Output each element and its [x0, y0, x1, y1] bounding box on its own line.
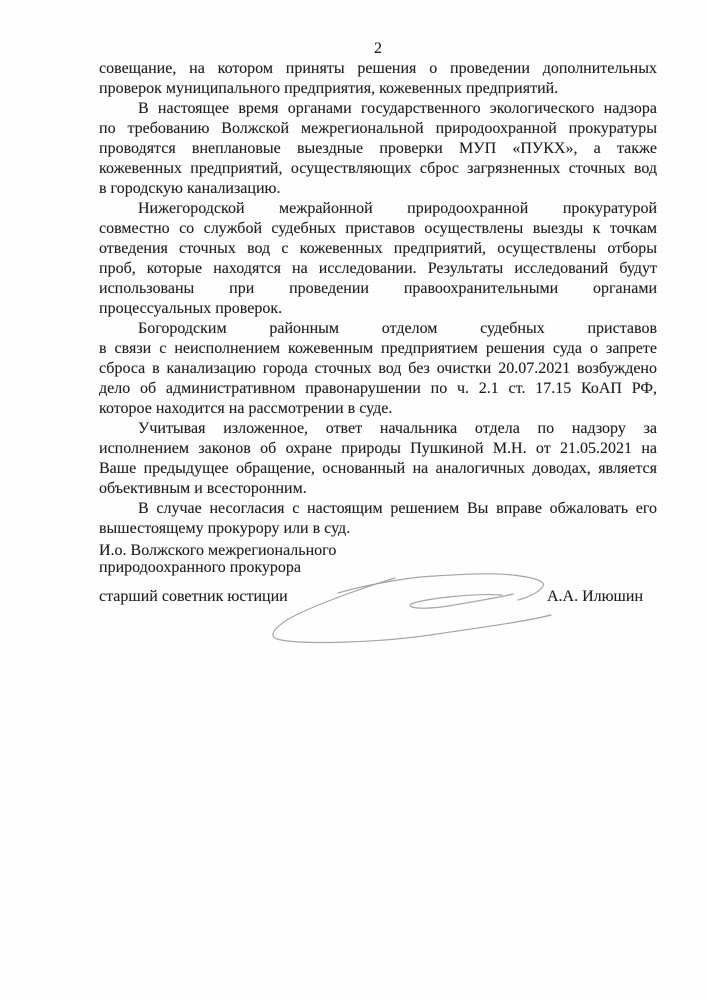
paragraph-line: исполнением законов об охране природы Пу…	[99, 439, 657, 459]
page-number: 2	[99, 40, 657, 58]
paragraph-line: в городскую канализацию.	[99, 179, 657, 199]
paragraph-line: сброса в канализацию города сточных вод …	[99, 359, 657, 379]
paragraph-line: проб, которые находятся на исследовании.…	[99, 259, 657, 279]
paragraph: В настоящее время органами государственн…	[99, 99, 657, 199]
paragraph-line: Ваше предыдущее обращение, основанный на…	[99, 459, 657, 479]
paragraph-line: Нижегородской межрайонной природоохранно…	[99, 199, 657, 219]
paragraph-line: проверок муниципального предприятия, кож…	[99, 79, 657, 99]
handwritten-signature-icon	[260, 565, 560, 645]
paragraph: В случае несогласия с настоящим решением…	[99, 499, 657, 539]
paragraph-line: кожевенных предприятий, осуществляющих с…	[99, 159, 657, 179]
paragraph: Нижегородской межрайонной природоохранно…	[99, 199, 657, 319]
paragraph-line: в связи с неисполнением кожевенным предп…	[99, 339, 657, 359]
paragraph-line: В настоящее время органами государственн…	[99, 99, 657, 119]
paragraph-line: отведения сточных вод с кожевенных предп…	[99, 239, 657, 259]
paragraph: совещание, на котором приняты решения о …	[99, 59, 657, 99]
paragraph-line: В случае несогласия с настоящим решением…	[99, 499, 657, 519]
paragraph-line: которое находится на рассмотрении в суде…	[99, 399, 657, 419]
paragraph-line: использованы при проведении правоохранит…	[99, 279, 657, 299]
paragraph-line: процессуальных проверок.	[99, 299, 657, 319]
paragraph: Учитывая изложенное, ответ начальника от…	[99, 419, 657, 499]
document-body: совещание, на котором приняты решения о …	[99, 59, 657, 539]
paragraph-line: Учитывая изложенное, ответ начальника от…	[99, 419, 657, 439]
paragraph-line: проводятся внеплановые выездные проверки…	[99, 139, 657, 159]
scanned-document-page: 2 совещание, на котором приняты решения …	[0, 0, 707, 1000]
signer-position-line: И.о. Волжского межрегионального	[99, 543, 657, 560]
signer-name: А.А. Илюшин	[547, 588, 657, 605]
paragraph-line: совместно со службой судебных приставов …	[99, 219, 657, 239]
paragraph-line: вышестоящему прокурору или в суд.	[99, 519, 657, 539]
paragraph: Богородским районным отделом судебных пр…	[99, 319, 657, 419]
paragraph-line: Богородским районным отделом судебных пр…	[99, 319, 657, 339]
paragraph-line: совещание, на котором приняты решения о …	[99, 59, 657, 79]
paragraph-line: объективным и всесторонним.	[99, 479, 657, 499]
paragraph-line: по требованию Волжской межрегиональной п…	[99, 119, 657, 139]
paragraph-line: дело об административном правонарушении …	[99, 379, 657, 399]
